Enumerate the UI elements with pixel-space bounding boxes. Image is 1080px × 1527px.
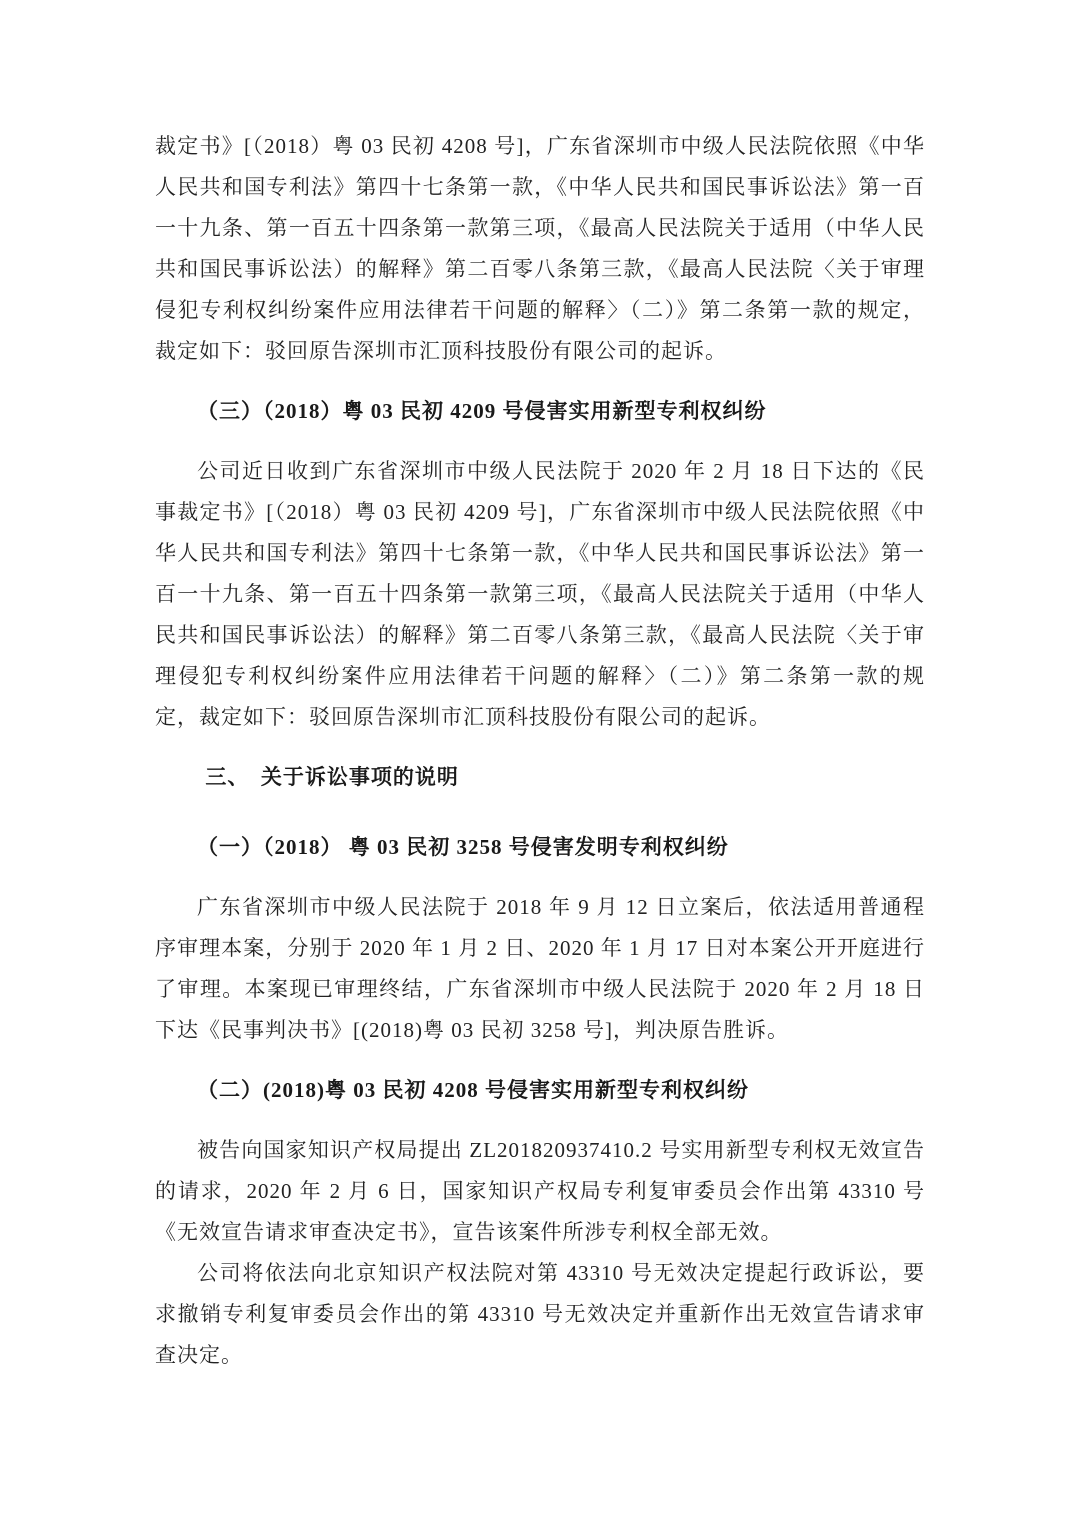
paragraph-ruling-4209: 公司近日收到广东省深圳市中级人民法院于 2020 年 2 月 18 日下达的《民… bbox=[155, 451, 925, 738]
paragraph-administrative-lawsuit-plan: 公司将依法向北京知识产权法院对第 43310 号无效决定提起行政诉讼，要求撤销专… bbox=[155, 1253, 925, 1376]
document-content: 裁定书》[（2018）粤 03 民初 4208 号]，广东省深圳市中级人民法院依… bbox=[155, 126, 925, 1376]
paragraph-case-3258-explanation: 广东省深圳市中级人民法院于 2018 年 9 月 12 日立案后，依法适用普通程… bbox=[155, 887, 925, 1051]
paragraph-invalidation-request: 被告向国家知识产权局提出 ZL201820937410.2 号实用新型专利权无效… bbox=[155, 1130, 925, 1253]
section-heading-litigation-explanation: 三、 关于诉讼事项的说明 bbox=[155, 757, 925, 798]
document-page: 裁定书》[（2018）粤 03 民初 4208 号]，广东省深圳市中级人民法院依… bbox=[0, 0, 1080, 1527]
case-heading-two-4208: （二）(2018)粤 03 民初 4208 号侵害实用新型专利权纠纷 bbox=[155, 1070, 925, 1111]
case-heading-one-3258: （一）（2018） 粤 03 民初 3258 号侵害发明专利权纠纷 bbox=[155, 827, 925, 868]
paragraph-ruling-4208-continued: 裁定书》[（2018）粤 03 民初 4208 号]，广东省深圳市中级人民法院依… bbox=[155, 126, 925, 372]
case-heading-three-4209: （三）（2018）粤 03 民初 4209 号侵害实用新型专利权纠纷 bbox=[155, 391, 925, 432]
